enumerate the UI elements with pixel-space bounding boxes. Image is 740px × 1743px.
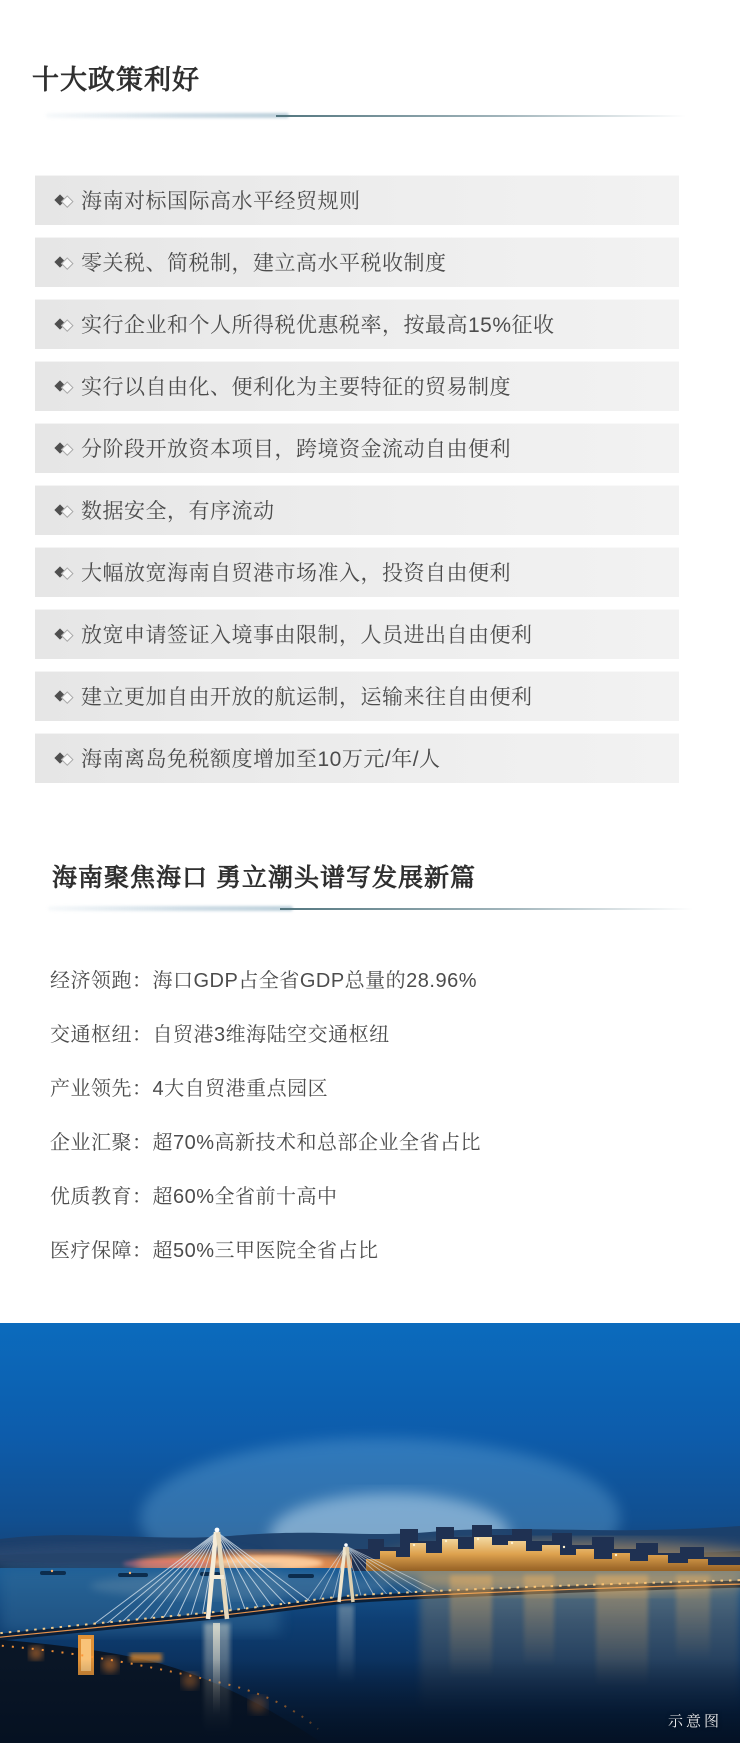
diamond-bullet-icon: [55, 378, 72, 395]
policy-item: 分阶段开放资本项目，跨境资金流动自由便利: [35, 423, 679, 473]
divider-line: [280, 908, 693, 910]
fact-value: 超70%高新技术和总部企业全省占比: [153, 1126, 482, 1155]
policy-item: 实行以自由化、便利化为主要特征的贸易制度: [35, 361, 679, 411]
diamond-bullet-icon: [55, 440, 72, 457]
fact-item: 企业汇聚：超70%高新技术和总部企业全省占比: [50, 1113, 690, 1167]
policy-item: 实行企业和个人所得税优惠税率，按最高15%征收: [35, 299, 679, 349]
diamond-bullet-icon: [55, 192, 72, 209]
policy-item-label: 数据安全，有序流动: [81, 495, 275, 525]
diamond-bullet-icon: [55, 750, 72, 767]
fact-value: 超50%三甲医院全省占比: [153, 1234, 379, 1263]
divider-line: [276, 115, 686, 117]
fact-item: 交通枢纽：自贸港3维海陆空交通枢纽: [50, 1005, 690, 1059]
fact-value: 自贸港3维海陆空交通枢纽: [153, 1018, 390, 1047]
policy-item: 数据安全，有序流动: [35, 485, 679, 535]
diamond-bullet-icon: [55, 254, 72, 271]
fact-item: 医疗保障：超50%三甲医院全省占比: [50, 1221, 690, 1275]
diamond-bullet-icon: [55, 688, 72, 705]
photo-haikou-bridge: 示意图: [0, 1323, 740, 1743]
policies-divider: [46, 113, 686, 121]
fact-item: 优质教育：超60%全省前十高中: [50, 1167, 690, 1221]
diamond-bullet-icon: [55, 564, 72, 581]
facts-list: 经济领跑：海口GDP占全省GDP总量的28.96% 交通枢纽：自贸港3维海陆空交…: [50, 951, 690, 1275]
diamond-bullet-icon: [55, 626, 72, 643]
page-root: 十大政策利好 海南对标国际高水平经贸规则 零关税、简税制，建立高水平税收制度 实…: [0, 0, 740, 1743]
policy-item-label: 分阶段开放资本项目，跨境资金流动自由便利: [81, 433, 511, 463]
policy-item-label: 实行以自由化、便利化为主要特征的贸易制度: [81, 371, 511, 401]
haikou-title: 海南聚焦海口 勇立潮头谱写发展新篇: [52, 858, 476, 894]
policy-item: 海南离岛免税额度增加至10万元/年/人: [35, 733, 679, 783]
watermark-label: 示意图: [668, 1710, 722, 1731]
fact-label: 企业汇聚：: [50, 1126, 153, 1155]
policies-title: 十大政策利好: [32, 58, 200, 97]
policy-item: 零关税、简税制，建立高水平税收制度: [35, 237, 679, 287]
diamond-bullet-icon: [55, 316, 72, 333]
bottom-vignette: [0, 1659, 740, 1743]
policy-item: 大幅放宽海南自贸港市场准入，投资自由便利: [35, 547, 679, 597]
fact-label: 优质教育：: [50, 1180, 153, 1209]
diamond-bullet-icon: [55, 502, 72, 519]
fact-item: 经济领跑：海口GDP占全省GDP总量的28.96%: [50, 951, 690, 1005]
fact-value: 超60%全省前十高中: [153, 1180, 338, 1209]
fact-item: 产业领先：4大自贸港重点园区: [50, 1059, 690, 1113]
fact-label: 交通枢纽：: [50, 1018, 153, 1047]
policy-item-label: 海南对标国际高水平经贸规则: [81, 185, 361, 215]
fact-label: 经济领跑：: [50, 964, 153, 993]
fact-value: 海口GDP占全省GDP总量的28.96%: [153, 964, 478, 993]
policy-item-label: 实行企业和个人所得税优惠税率，按最高15%征收: [81, 309, 555, 339]
policy-item-label: 零关税、简税制，建立高水平税收制度: [81, 247, 447, 277]
policy-item-label: 大幅放宽海南自贸港市场准入，投资自由便利: [81, 557, 511, 587]
bridge-night-scene: [0, 1323, 740, 1743]
policy-item-label: 海南离岛免税额度增加至10万元/年/人: [81, 743, 441, 773]
haikou-divider: [48, 906, 693, 914]
fact-value: 4大自贸港重点园区: [153, 1072, 329, 1101]
policy-item-label: 建立更加自由开放的航运制，运输来往自由便利: [81, 681, 533, 711]
policy-item-label: 放宽申请签证入境事由限制，人员进出自由便利: [81, 619, 533, 649]
divider-soft-bar: [48, 906, 293, 911]
fact-label: 产业领先：: [50, 1072, 153, 1101]
divider-soft-bar: [46, 113, 289, 118]
policy-item: 放宽申请签证入境事由限制，人员进出自由便利: [35, 609, 679, 659]
policy-item: 建立更加自由开放的航运制，运输来往自由便利: [35, 671, 679, 721]
fact-label: 医疗保障：: [50, 1234, 153, 1263]
policy-list: 海南对标国际高水平经贸规则 零关税、简税制，建立高水平税收制度 实行企业和个人所…: [35, 175, 679, 795]
policy-item: 海南对标国际高水平经贸规则: [35, 175, 679, 225]
